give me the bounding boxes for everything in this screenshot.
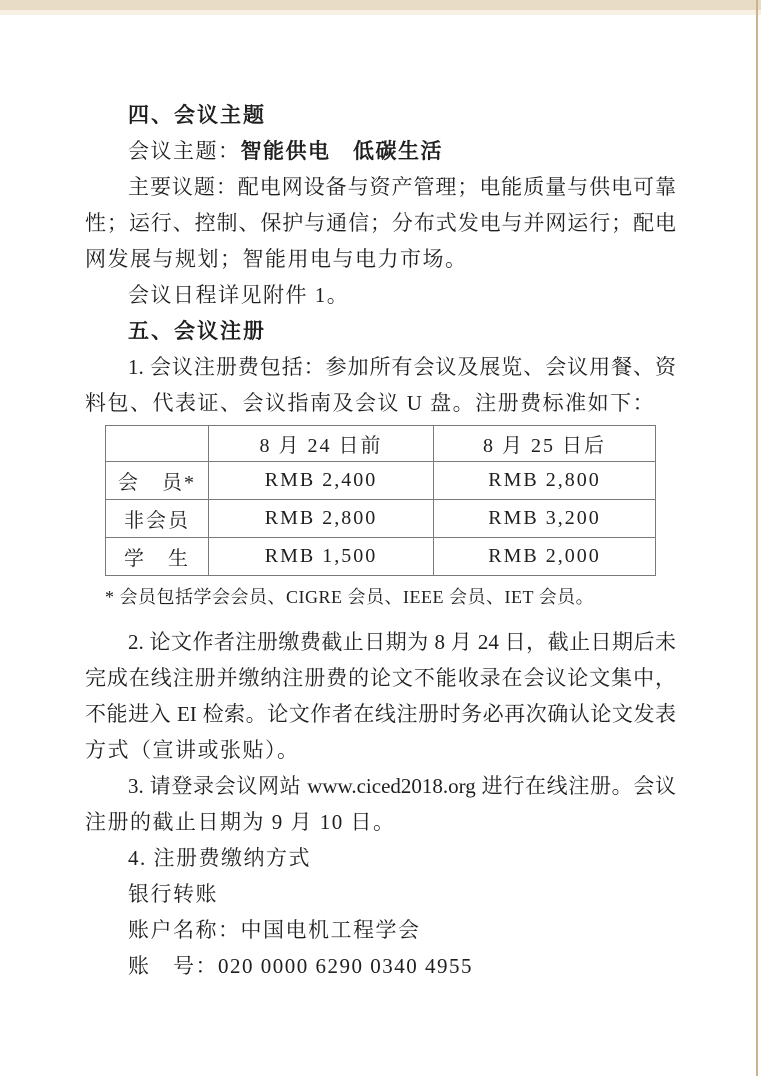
account-name-line: 账户名称：中国电机工程学会 [85,912,676,948]
fee-category: 学 生 [106,538,209,576]
fee-late: RMB 2,000 [434,538,656,576]
fee-category: 非会员 [106,500,209,538]
para3-line-2: 注册的截止日期为 9 月 10 日。 [85,804,676,840]
document-content: 四、会议主题 会议主题：智能供电 低碳生活 主要议题：配电网设备与资产管理；电能… [85,97,676,984]
fee-category: 会 员* [106,462,209,500]
fee-late: RMB 2,800 [434,462,656,500]
scan-edge-right [756,0,758,1076]
fee-late: RMB 3,200 [434,500,656,538]
para2-line-3: 不能进入 EI 检索。论文作者在线注册时务必再次确认论文发表 [85,696,676,732]
para1-line-2: 料包、代表证、会议指南及会议 U 盘。注册费标准如下： [85,385,676,421]
para4-heading: 4. 注册费缴纳方式 [85,840,676,876]
topics-line-1: 主要议题：配电网设备与资产管理；电能质量与供电可靠 [85,169,676,205]
fee-table-row-student: 学 生 RMB 1,500 RMB 2,000 [106,538,656,576]
section4-heading: 四、会议主题 [85,97,676,133]
theme-value: 智能供电 低碳生活 [241,139,444,163]
payment-method-line: 银行转账 [85,876,676,912]
fee-table: 8 月 24 日前 8 月 25 日后 会 员* RMB 2,400 RMB 2… [105,425,656,576]
para2-line-1: 2. 论文作者注册缴费截止日期为 8 月 24 日，截止日期后未 [85,624,676,660]
para3-line-1: 3. 请登录会议网站 www.ciced2018.org 进行在线注册。会议 [85,768,676,804]
scan-edge-top [0,0,761,10]
scan-edge-top-fade [0,10,761,15]
fee-early: RMB 2,400 [209,462,434,500]
account-number-line: 账 号：020 0000 6290 0340 4955 [85,948,676,984]
para2-line-2: 完成在线注册并缴纳注册费的论文不能收录在会议论文集中， [85,660,676,696]
para1-line-1: 1. 会议注册费包括：参加所有会议及展览、会议用餐、资 [85,349,676,385]
fee-early: RMB 2,800 [209,500,434,538]
agenda-line: 会议日程详见附件 1。 [85,277,676,313]
fee-table-header-category [106,426,209,462]
document-page: 四、会议主题 会议主题：智能供电 低碳生活 主要议题：配电网设备与资产管理；电能… [0,0,761,1076]
fee-early: RMB 1,500 [209,538,434,576]
theme-label: 会议主题： [128,139,241,163]
fee-table-header-early: 8 月 24 日前 [209,426,434,462]
fee-table-row-member: 会 员* RMB 2,400 RMB 2,800 [106,462,656,500]
para2-line-4: 方式（宣讲或张贴）。 [85,732,676,768]
theme-line: 会议主题：智能供电 低碳生活 [85,133,676,169]
topics-line-2: 性；运行、控制、保护与通信；分布式发电与并网运行；配电 [85,205,676,241]
member-footnote: * 会员包括学会会员、CIGRE 会员、IEEE 会员、IET 会员。 [105,584,676,610]
topics-line-3: 网发展与规划；智能用电与电力市场。 [85,241,676,277]
fee-table-header-row: 8 月 24 日前 8 月 25 日后 [106,426,656,462]
section5-heading: 五、会议注册 [85,313,676,349]
fee-table-row-nonmember: 非会员 RMB 2,800 RMB 3,200 [106,500,656,538]
fee-table-header-late: 8 月 25 日后 [434,426,656,462]
